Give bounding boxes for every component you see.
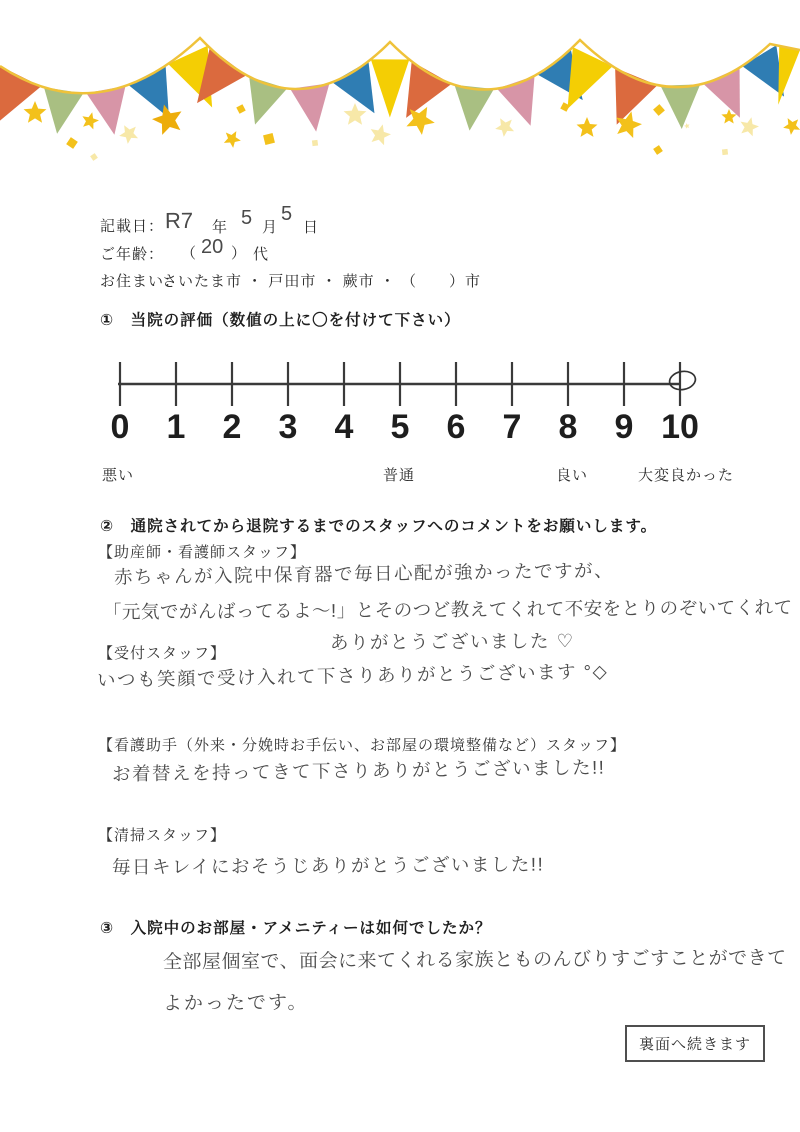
continue-on-back-box: 裏面へ続きます [625, 1025, 765, 1062]
star-icon [66, 137, 78, 149]
bunting-flag-icon [454, 85, 493, 131]
date-year-suffix: 年 [212, 216, 228, 237]
age-label: ご年齢： [100, 243, 164, 264]
response-midwife-line1: 赤ちゃんが入院中保育器で毎日心配が強かったですが、 [114, 557, 614, 590]
star-icon [653, 145, 663, 155]
bunting-flag-icon [742, 45, 784, 96]
star-icon [263, 133, 275, 145]
star-icon [406, 107, 434, 135]
bunting-flag-icon [568, 47, 613, 109]
scale-number: 2 [223, 408, 242, 446]
star-icon [684, 123, 690, 129]
date-day-suffix: 日 [303, 216, 319, 237]
star-icon [119, 125, 138, 144]
scale-number: 5 [391, 408, 410, 446]
anchor-label-bad: 悪い [102, 464, 134, 485]
response-nursing-assistant-line1: お着替えを持ってきて下さりありがとうございました!! [112, 754, 606, 787]
star-icon [653, 104, 665, 116]
scale-number: 4 [335, 408, 354, 446]
response-midwife-line3: ありがとうございました ♡ [330, 627, 575, 655]
star-icon [312, 140, 318, 146]
rating-scale: 012345678910 [0, 340, 800, 448]
age-open-paren: （ [181, 242, 197, 263]
star-icon [741, 117, 759, 136]
star-icon [152, 105, 181, 135]
age-close-paren: ） [231, 242, 247, 263]
date-day-value: 5 [281, 203, 292, 226]
section-label-nursing-assistant: 【看護助手（外来・分娩時お手伝い、お部屋の環境整備など）スタッフ】 [98, 734, 626, 755]
star-icon [236, 104, 245, 113]
selected-rating-circle [668, 369, 697, 391]
response-room-line2: よかったです。 [163, 987, 309, 1015]
bunting-flag-icon [660, 84, 700, 129]
section-label-midwife-nurse: 【助産師・看護師スタッフ】 [98, 541, 306, 562]
response-midwife-line2: 「元気でがんばってるよ〜!」とそのつど教えてくれて不安をとりのぞいてくれて [103, 594, 793, 625]
star-icon [90, 153, 98, 161]
scale-number: 6 [447, 408, 466, 446]
bunting-flag-icon [371, 59, 410, 117]
bunting-flag-icon [778, 46, 800, 105]
star-icon [371, 124, 391, 145]
scale-number: 7 [503, 408, 522, 446]
q2-heading: ② 通院されてから退院するまでのスタッフへのコメントをお願いします。 [100, 514, 657, 536]
scale-number: 8 [559, 408, 578, 446]
star-icon [722, 149, 728, 155]
anchor-label-very-good: 大変良かった [638, 464, 734, 485]
star-icon [82, 112, 99, 129]
scale-number: 9 [615, 408, 634, 446]
date-month-value: 5 [241, 207, 252, 230]
scale-number: 3 [279, 408, 298, 446]
star-icon [495, 118, 514, 137]
bunting-flag-icon [615, 68, 657, 125]
star-icon [224, 131, 241, 148]
star-icon [783, 118, 800, 135]
continue-on-back-label: 裏面へ続きます [639, 1033, 751, 1054]
bunting-flag-icon [703, 68, 740, 118]
bunting-flag-icon [406, 61, 451, 118]
anchor-label-normal: 普通 [383, 464, 415, 485]
age-suffix: 代 [253, 243, 269, 264]
date-month-suffix: 月 [262, 216, 278, 237]
bunting-flags-icon [0, 45, 800, 134]
date-label: 記載日： [100, 215, 164, 236]
q3-heading: ③ 入院中のお部屋・アメニティーは如何でしたか？ [100, 916, 491, 938]
residence-options: さいたま市 ・ 戸田市 ・ 蕨市 ・ （ ）市 [162, 270, 481, 291]
section-label-cleaning: 【清掃スタッフ】 [98, 824, 226, 845]
anchor-label-good: 良い [556, 464, 588, 485]
bunting-flag-icon [290, 83, 329, 131]
star-icon [344, 103, 367, 125]
party-banner [0, 26, 800, 201]
bunting-flag-icon [332, 61, 374, 113]
response-room-line1: 全部屋個室で、面会に来てくれる家族とものんびりすごすことができて [163, 943, 787, 974]
age-value: 20 [201, 236, 223, 259]
star-icon [577, 117, 598, 137]
scale-number: 0 [111, 408, 130, 446]
star-icon [24, 101, 47, 123]
scale-number: 1 [167, 408, 186, 446]
section-label-reception: 【受付スタッフ】 [98, 642, 226, 663]
bunting-flag-icon [128, 66, 169, 118]
q1-heading: ① 当院の評価（数値の上に〇を付けて下さい） [100, 308, 461, 330]
scale-number: 10 [661, 408, 699, 446]
response-cleaning-line1: 毎日キレイにおそうじありがとうございました!! [112, 850, 544, 879]
date-era-value: R7 [165, 208, 193, 234]
questionnaire-page: 記載日： R7 年 5 月 5 日 ご年齢： （ 20 ） 代 お住まい： さい… [0, 0, 800, 1132]
